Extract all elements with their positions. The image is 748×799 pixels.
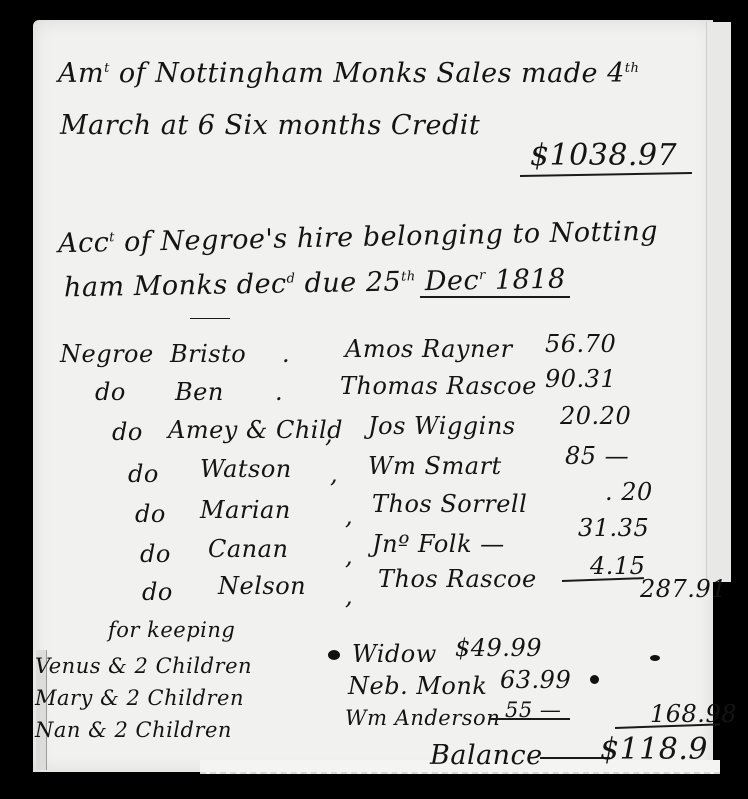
hire-entry-sep: , (345, 582, 353, 610)
hire-entry-prefix: do (112, 418, 143, 446)
hire-entry-amount: 4.15 (590, 552, 645, 580)
hire-entry-sep: , (325, 420, 333, 448)
hire-entry-sep: , (345, 502, 353, 530)
hire-entry-name: Canan (208, 535, 288, 563)
hire-entry-name: Bristo (170, 340, 246, 368)
hire-entry-prefix: do (140, 540, 171, 568)
hire-entry-hirer: Thos Rascoe (378, 565, 537, 593)
paper-edge-flap (706, 22, 731, 582)
title-text: due 25 (295, 266, 401, 299)
keeping-payee: Neb. Monk (348, 672, 487, 700)
hire-entry-prefix: Negroe (60, 340, 154, 368)
title-text: ham Monks dec (64, 268, 287, 303)
hire-entry-hirer: Jnº Folk — (372, 530, 505, 558)
hire-entry-hirer: Thos Sorrell (372, 490, 527, 518)
keeping-amount: 63.99 (500, 666, 571, 694)
balance-label: Balance (430, 740, 543, 771)
hire-entry-sep: . (275, 378, 283, 406)
title-text: 1818 (486, 264, 566, 296)
short-rule (190, 318, 230, 319)
header-text: of Nottingham Monks Sales made 4 (110, 58, 625, 89)
header-text: Am (58, 58, 104, 89)
superscript: th (401, 269, 416, 284)
ink-blot (650, 655, 660, 661)
hire-entry-name: Marian (200, 496, 291, 524)
hire-entry-hirer: Amos Rayner (345, 335, 513, 363)
sales-total-amount: $1038.97 (530, 138, 677, 173)
hire-entry-prefix: do (142, 578, 173, 606)
header-line-2: March at 6 Six months Credit (60, 110, 480, 141)
hire-entry-sep: . (282, 340, 290, 368)
hire-entry-name: Watson (200, 455, 292, 483)
keeping-payee: Wm Anderson (345, 706, 500, 730)
keeping-heading: for keeping (108, 618, 235, 642)
ink-blot (328, 650, 340, 660)
hire-entry-prefix: do (95, 378, 126, 406)
hire-entry-name: Amey & Child (168, 416, 343, 444)
hire-entry-prefix: do (135, 500, 166, 528)
ink-blot (590, 675, 599, 684)
keeping-item-label: Nan & 2 Children (35, 718, 232, 742)
hire-entry-hirer: Wm Smart (368, 452, 502, 480)
hire-entry-amount: 31.35 (578, 514, 649, 542)
balance-amount: $118.9 (600, 732, 708, 767)
hire-entry-hirer: Thomas Rascoe (340, 372, 537, 400)
keeping-item-label: Mary & 2 Children (35, 686, 244, 710)
hire-entry-amount: 20.20 (560, 402, 631, 430)
hire-entry-hirer: Jos Wiggins (368, 412, 516, 440)
hire-entry-name: Nelson (218, 572, 306, 600)
header-line-1: Amt of Nottingham Monks Sales made 4th (58, 58, 639, 89)
hire-entry-prefix: do (128, 460, 159, 488)
title-text: Acc (58, 227, 110, 259)
title-text: Dec (415, 265, 479, 297)
hire-subtotal-amount: 287.91 (640, 575, 727, 603)
superscript: th (625, 61, 640, 76)
hire-entry-amount: 90.31 (545, 365, 616, 393)
hire-entry-amount: 56.70 (545, 330, 616, 358)
keeping-item-label: Venus & 2 Children (35, 654, 252, 678)
keeping-amount: $49.99 (455, 634, 542, 662)
keeping-payee: Widow (352, 640, 437, 668)
hire-entry-name: Ben (175, 378, 224, 406)
hire-entry-amount: 85 — (565, 442, 629, 470)
hire-entry-sep: , (345, 542, 353, 570)
hire-entry-amount: . 20 (605, 478, 653, 506)
date-underline (420, 296, 570, 298)
hire-entry-sep: , (330, 460, 338, 488)
keeping-sum-rule (490, 718, 570, 720)
